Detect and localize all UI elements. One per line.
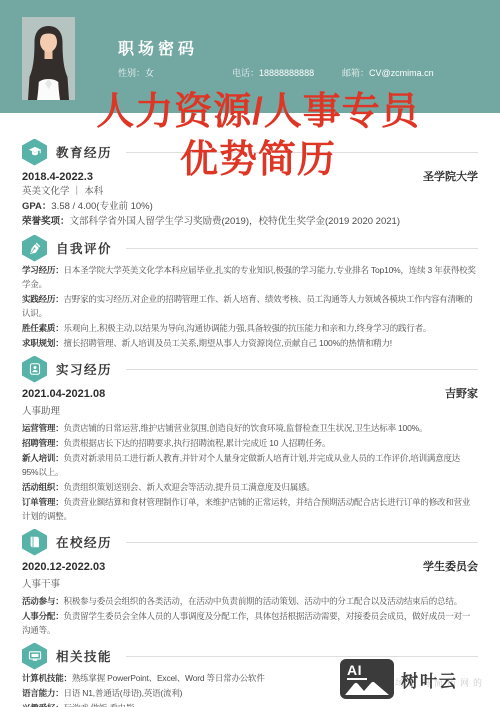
section-title-campus: 在校经历 — [56, 533, 112, 551]
ai-image-logo-icon: AI — [340, 659, 394, 699]
section-campus-header: 在校经历 — [22, 529, 478, 555]
item-text: 熟练掌握 PowerPoint、Excel、Word 等日常办公软件 — [72, 673, 265, 683]
gender-value: 女 — [145, 68, 154, 78]
item-text: 日语 N1,普通话(母语),英语(流利) — [64, 688, 183, 698]
campus-period: 2020.12-2022.03 — [22, 560, 105, 574]
self-eval-item: 求职规划：擅长招聘管理、新人培训及员工关系,期望从事人力资源岗位,贡献自己 10… — [22, 336, 478, 350]
divider — [126, 542, 478, 543]
email-label: 邮箱： — [342, 68, 369, 78]
education-major: 英美文化学 ｜ 本科 — [22, 184, 478, 199]
section-title-internship: 实习经历 — [56, 360, 112, 378]
item-label: 人事分配： — [22, 611, 64, 621]
item-label: 招聘管理： — [22, 438, 64, 448]
internship-item: 运营管理：负责店铺的日常运营,维护店铺营业氛围,创造良好的饮食环境,监督检查卫生… — [22, 421, 478, 435]
gender-field: 性别：女 — [118, 66, 154, 79]
item-text: 负责根据店长下达的招聘要求,执行招聘流程,累计完成近 10 人招聘任务。 — [64, 438, 331, 448]
item-label: 计算机技能： — [22, 673, 72, 683]
item-label: 兴趣爱好： — [22, 703, 64, 707]
item-label: 新人培训： — [22, 453, 64, 463]
ai-logo-text: AI — [347, 662, 362, 678]
item-text: 负责留学生委员会全体人员的人事调度及分配工作，具体包括根据活动需要，对接委员会成… — [22, 611, 470, 635]
internship-item: 订单管理：负责营业额结算和食材管理制作订单，来维护店铺的正常运转，并结合预期活动… — [22, 495, 478, 523]
item-text: 负责组织策划送别会、新人欢迎会等活动,提升员工满意度及归属感。 — [64, 482, 315, 492]
brand-name: 树叶云 — [401, 667, 458, 692]
item-label: 学习经历： — [22, 265, 64, 275]
item-label: 语言能力： — [22, 688, 64, 698]
item-label: 胜任素质： — [22, 323, 64, 333]
item-label: 活动参与： — [22, 596, 64, 606]
resume-body: 教育经历 2018.4-2022.3 圣学院大学 英美文化学 ｜ 本科 GPA：… — [22, 113, 478, 707]
overlay-title-line2: 优势简历 — [16, 136, 500, 184]
internship-item: 新人培训：负责对新录用员工进行新人教育,并针对个人量身定做新人培育计划,并完成从… — [22, 451, 478, 479]
self-eval-item: 学习经历：日本圣学院大学英美文化学本科应届毕业,扎实的专业知识,极强的学习能力,… — [22, 263, 478, 291]
item-label: 活动组织： — [22, 482, 64, 492]
internship-item: 活动组织：负责组织策划送别会、新人欢迎会等活动,提升员工满意度及归属感。 — [22, 480, 478, 494]
education-gpa: GPA：3.58 / 4.00(专业前 10%) — [22, 199, 478, 214]
mountain-icon — [345, 680, 389, 695]
overlay-title: 人力资源/人事专员 优势简历 — [0, 88, 500, 184]
campus-role: 人事干事 — [22, 577, 478, 592]
self-eval-item: 胜任素质：乐观向上,积极主动,以结果为导向,沟通协调能力强,具备较强的抗压能力和… — [22, 321, 478, 335]
id-badge-icon — [22, 356, 47, 383]
divider — [126, 369, 478, 370]
internship-item: 招聘管理：负责根据店长下达的招聘要求,执行招聘流程,累计完成近 10 人招聘任务… — [22, 436, 478, 450]
item-text: 负责店铺的日常运营,维护店铺营业氛围,创造良好的饮食环境,监督检查卫生状况,卫生… — [64, 423, 428, 433]
skills-item: 兴趣爱好：玩游戏,做饭,看电影 — [22, 701, 478, 707]
phone-label: 电话： — [232, 68, 259, 78]
email-field: 邮箱：CV@zcmima.cn — [342, 66, 434, 79]
campus-item: 活动参与：积极参与委员会组织的各类活动，在活动中负责前期的活动策划、活动中的分工… — [22, 594, 478, 608]
item-label: 求职规划： — [22, 338, 64, 348]
section-self-evaluation-header: 自我评价 — [22, 235, 478, 261]
gpa-value: 3.58 / 4.00(专业前 10%) — [51, 201, 152, 212]
campus-org: 学生委员会 — [423, 560, 478, 574]
campus-item: 人事分配：负责留学生委员会全体人员的人事调度及分配工作，具体包括根据活动需要，对… — [22, 609, 478, 637]
internship-period-row: 2021.04-2021.08 吉野家 — [22, 387, 478, 401]
section-internship-header: 实习经历 — [22, 356, 478, 382]
item-text: 负责营业额结算和食材管理制作订单，来维护店铺的正常运转，并结合预期活动配合店长进… — [22, 497, 470, 521]
section-title-self-evaluation: 自我评价 — [56, 239, 112, 257]
self-eval-item: 实践经历：吉野家的实习经历,对企业的招聘管理工作、新人培育、绩效考核、员工沟通等… — [22, 292, 478, 320]
item-text: 玩游戏,做饭,看电影 — [64, 703, 135, 707]
gpa-label: GPA： — [22, 201, 51, 212]
campus-period-row: 2020.12-2022.03 学生委员会 — [22, 560, 478, 574]
internship-period: 2021.04-2021.08 — [22, 387, 105, 401]
item-text: 擅长招聘管理、新人培训及员工关系,期望从事人力资源岗位,贡献自己 100%的热情… — [64, 338, 392, 348]
internship-role: 人事助理 — [22, 404, 478, 419]
item-label: 运营管理： — [22, 423, 64, 433]
divider — [126, 656, 478, 657]
item-text: 积极参与委员会组织的各类活动，在活动中负责前期的活动策划、活动中的分工配合以及活… — [64, 596, 462, 606]
education-awards: 荣誉奖项：文部科学省外国人留学生学习奖励费(2019)，校特优生奖学金(2019… — [22, 214, 478, 229]
item-text: 吉野家的实习经历,对企业的招聘管理工作、新人培育、绩效考核、员工沟通等人力领域各… — [22, 294, 472, 318]
section-campus: 在校经历 2020.12-2022.03 学生委员会 人事干事 活动参与：积极参… — [22, 529, 478, 637]
item-text: 乐观向上,积极主动,以结果为导向,沟通协调能力强,具备较强的抗压能力和亲和力,终… — [64, 323, 432, 333]
item-text: 日本圣学院大学英美文化学本科应届毕业,扎实的专业知识,极强的学习能力,专业排名 … — [22, 265, 476, 289]
item-label: 实践经历： — [22, 294, 64, 304]
monitor-icon — [22, 643, 47, 670]
candidate-name: 职场密码 — [118, 36, 198, 59]
email-value: CV@zcmima.cn — [369, 68, 434, 78]
book-icon — [22, 529, 47, 556]
awards-value: 文部科学省外国人留学生学习奖励费(2019)，校特优生奖学金(2019 2020… — [70, 216, 400, 227]
brand-watermark: AI 树叶云 — [340, 659, 458, 699]
overlay-title-line1: 人力资源/人事专员 — [16, 88, 500, 136]
internship-company: 吉野家 — [445, 387, 478, 401]
divider — [126, 248, 478, 249]
awards-label: 荣誉奖项： — [22, 216, 70, 227]
item-text: 负责对新录用员工进行新人教育,并针对个人量身定做新人培育计划,并完成从业人员的工… — [22, 453, 460, 477]
item-label: 订单管理： — [22, 497, 64, 507]
section-self-evaluation: 自我评价 学习经历：日本圣学院大学英美文化学本科应届毕业,扎实的专业知识,极强的… — [22, 235, 478, 350]
section-internship: 实习经历 2021.04-2021.08 吉野家 人事助理 运营管理：负责店铺的… — [22, 356, 478, 523]
gender-label: 性别： — [118, 68, 145, 78]
section-title-skills: 相关技能 — [56, 647, 112, 665]
phone-value: 18888888888 — [259, 68, 314, 78]
phone-field: 电话：18888888888 — [232, 66, 314, 79]
pen-icon — [22, 235, 47, 262]
